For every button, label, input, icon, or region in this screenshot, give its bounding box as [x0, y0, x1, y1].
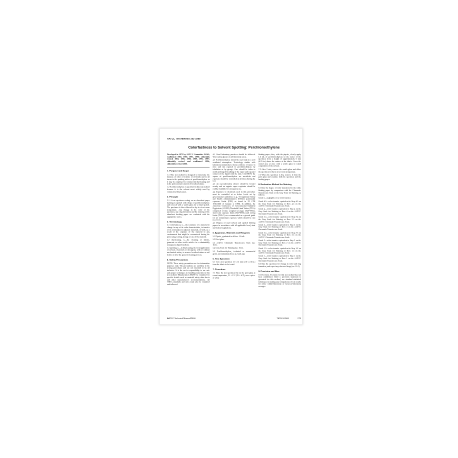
paragraph: 5.3 AATCC Chromatic Transference Scale (… — [213, 242, 256, 247]
paragraph: Grade 1—color transfer equivalent to Ste… — [258, 255, 301, 262]
paragraph: NOTE: These safety precautions are for i… — [167, 262, 210, 285]
paragraph: blotting paper; then, with the pipette, … — [258, 154, 301, 168]
paragraph: 4.5 Dispose of used solvent and spotted … — [213, 222, 256, 229]
paragraph: 4.2 Perchloroethylene should be used onl… — [213, 159, 256, 182]
section-heading: 5. Apparatus, Materials and Reagents — [213, 232, 256, 234]
paragraph: 7.3 When the specimen is dry, remove it … — [258, 174, 301, 181]
paragraph: Grade 3.5—color transfer equivalent to S… — [258, 216, 301, 223]
paragraph: Grade 4.5—color transfer equivalent to S… — [258, 200, 301, 207]
paragraph: Grade 3—color transfer equivalent to Ste… — [258, 224, 301, 231]
paragraph: 6.1 Cut a test specimen 51 x 51 mm (2.0 … — [213, 261, 256, 266]
screenshot-background: AATCC Test Method 161-1998 Colorfastness… — [0, 0, 458, 458]
development-note: Developed in 1975 by AATCC Committee RA4… — [167, 154, 210, 168]
document-page: AATCC Test Method 161-1998 Colorfastness… — [159, 128, 303, 325]
paragraph: 5.1 Pipette, graduated to deliver 1.0 mL… — [213, 235, 256, 237]
paragraph: 4.4 Exposure to chemicals used in this p… — [213, 191, 256, 221]
paragraph: 2.1 A test specimen resting on an absorb… — [167, 199, 210, 218]
section-heading: 9. Precision and Bias — [258, 270, 301, 272]
paragraph: 4.1 Good laboratory practices should be … — [213, 154, 256, 159]
section-heading: 6. Test Specimen — [213, 257, 256, 259]
method-number-header: AATCC Test Method 161-1998 — [167, 138, 301, 140]
paragraph: 5.4 Gray Scale for Staining (see 10.2). — [213, 247, 256, 249]
page-content: AATCC Test Method 161-1998 Colorfastness… — [167, 138, 301, 328]
paragraph: 5.2 Petri glass. — [213, 239, 256, 241]
footer-right-group: TM 161-2000 275 — [277, 317, 301, 319]
paragraph: Grade 2—color transfer equivalent to Ste… — [258, 240, 301, 247]
paragraph: 3.2 drycleaning, n.—the cleaning of fabr… — [167, 239, 210, 246]
column-middle: 4.1 Good laboratory practices should be … — [213, 154, 256, 308]
section-heading: 3. Terminology — [167, 220, 210, 222]
paragraph: Grade 5—negligible or no color transfer. — [258, 197, 301, 199]
text-columns: Developed in 1975 by AATCC Committee RA4… — [167, 154, 301, 308]
section-heading: 4. Safety Precautions — [167, 259, 210, 261]
paragraph: Grade 4—color transfer equivalent to Ste… — [258, 208, 301, 215]
column-left: Developed in 1975 by AATCC Committee RA4… — [167, 154, 210, 308]
section-heading: 8. Evaluation Method for Staining — [258, 183, 301, 185]
footer-method-code: TM 161-2000 — [277, 317, 289, 319]
paragraph: Grade 1.5—color transfer equivalent to S… — [258, 247, 301, 254]
paragraph: 1.2 Perchloroethylene is specified in th… — [167, 186, 210, 193]
section-heading: 2. Principle — [167, 196, 210, 198]
section-heading: 7. Procedure — [213, 268, 256, 270]
paragraph: 8.1 Rate the degree of color transferred… — [258, 187, 301, 196]
paragraph: Grade 2.5—color transfer equivalent to S… — [258, 232, 301, 239]
paragraph: 7.2 After 2 min, remove the watch glass … — [258, 168, 301, 173]
paragraph: 3.1 colorfastness, n.—the resistance of … — [167, 224, 210, 238]
paragraph: 1.1 This test method is designed to dete… — [167, 174, 210, 186]
paragraph: 4.3 An eyewash/safety shower should be l… — [213, 183, 256, 190]
paragraph: 8.2 Rate the specimen for change in colo… — [258, 263, 301, 268]
footer-manual-label: AATCC Technical Manual/2000 — [167, 317, 195, 319]
footer-page-number: 275 — [298, 317, 301, 319]
paragraph: 9.1 Precision. Precision for this test m… — [258, 274, 301, 288]
page-footer: AATCC Technical Manual/2000 TM 161-2000 … — [167, 317, 301, 319]
page-title: Colorfastness to Solvent Spotting: Perch… — [167, 145, 301, 149]
column-right: blotting paper; then, with the pipette, … — [258, 154, 301, 308]
paragraph: 7.1 Place the test specimen flat on the … — [213, 272, 256, 279]
paragraph: 5.5 Perchloroethylene, technical or comm… — [213, 250, 256, 255]
section-heading: 1. Purpose and Scope — [167, 170, 210, 172]
paragraph: 3.3 spotting, n.—in drycleaning, the loc… — [167, 247, 210, 256]
